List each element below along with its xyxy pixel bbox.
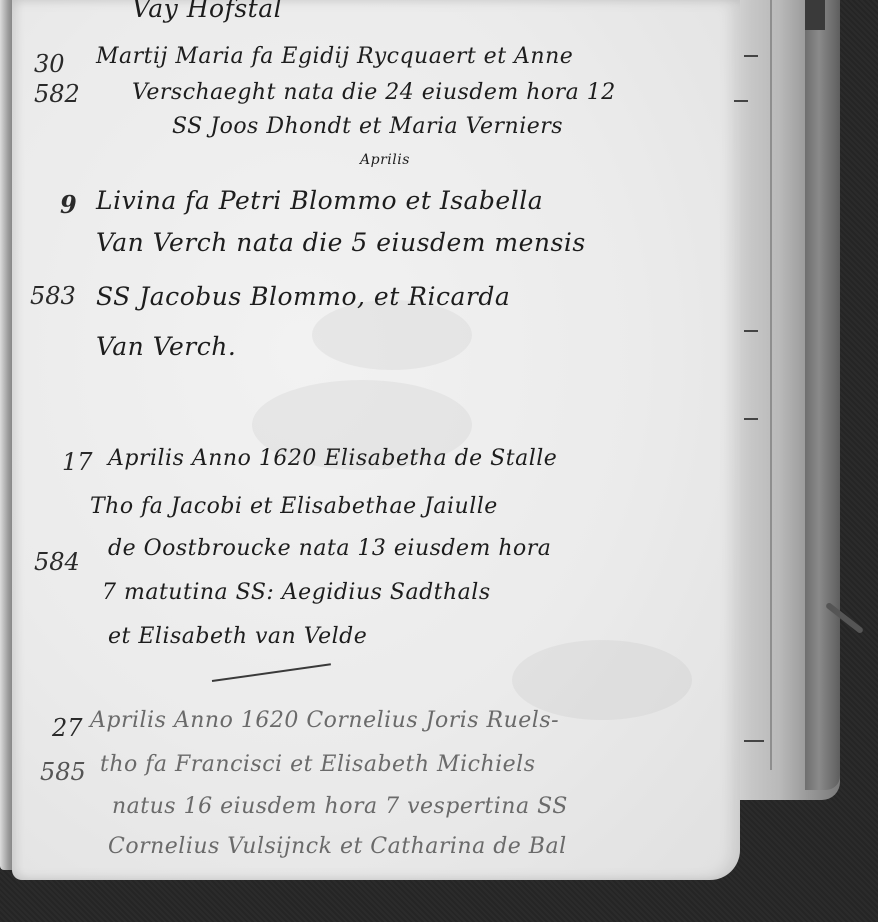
entry-line: tho fa Francisci et Elisabeth Michiels (100, 752, 536, 777)
entry-line: Van Verch. (96, 332, 236, 361)
entry-line: SS Jacobus Blommo, et Ricarda (96, 282, 510, 311)
flourish-stroke (212, 663, 331, 682)
edge-tick (744, 740, 764, 742)
header-fragment: Vay Hofstal (132, 0, 282, 23)
edge-tick (734, 100, 748, 102)
entry-day: 17 (62, 448, 93, 476)
entry-number: 582 (34, 80, 80, 108)
entry-day: 30 (34, 50, 65, 78)
entry-line: Martij Maria fa Egidij Rycquaert et Anne (96, 44, 573, 69)
entry-line: Verschaeght nata die 24 eiusdem hora 12 (132, 80, 616, 105)
entry-line: Van Verch nata die 5 eiusdem mensis (96, 228, 586, 257)
month-note: Aprilis (360, 152, 410, 168)
entry-line: SS Joos Dhondt et Maria Verniers (172, 114, 563, 139)
entry-line: et Elisabeth van Velde (108, 624, 367, 649)
entry-line: Tho fa Jacobi et Elisabethae Jaiulle (90, 494, 498, 519)
manuscript-page: Vay Hofstal 30 582 Martij Maria fa Egidi… (12, 0, 740, 880)
edge-tick (744, 418, 758, 420)
book-page-edges (730, 0, 840, 800)
entry-number: 583 (30, 282, 76, 310)
edge-tick (744, 55, 758, 57)
entry-line: Aprilis Anno 1620 Elisabetha de Stalle (108, 446, 557, 471)
entry-day: 9 (60, 190, 77, 219)
entry-line: 7 matutina SS: Aegidius Sadthals (102, 580, 491, 605)
entry-line: Livina fa Petri Blommo et Isabella (96, 186, 543, 215)
entry-line: Aprilis Anno 1620 Cornelius Joris Ruels- (90, 708, 559, 733)
entry-line: Cornelius Vulsijnck et Catharina de Bal (108, 834, 567, 859)
entry-number: 584 (34, 548, 80, 576)
entry-number: 585 (40, 758, 86, 786)
entry-line: natus 16 eiusdem hora 7 vespertina SS (112, 794, 568, 819)
edge-tick (744, 330, 758, 332)
entry-line: de Oostbroucke nata 13 eiusdem hora (108, 536, 551, 561)
spine-shadow (805, 0, 825, 30)
entry-day: 27 (52, 714, 83, 742)
